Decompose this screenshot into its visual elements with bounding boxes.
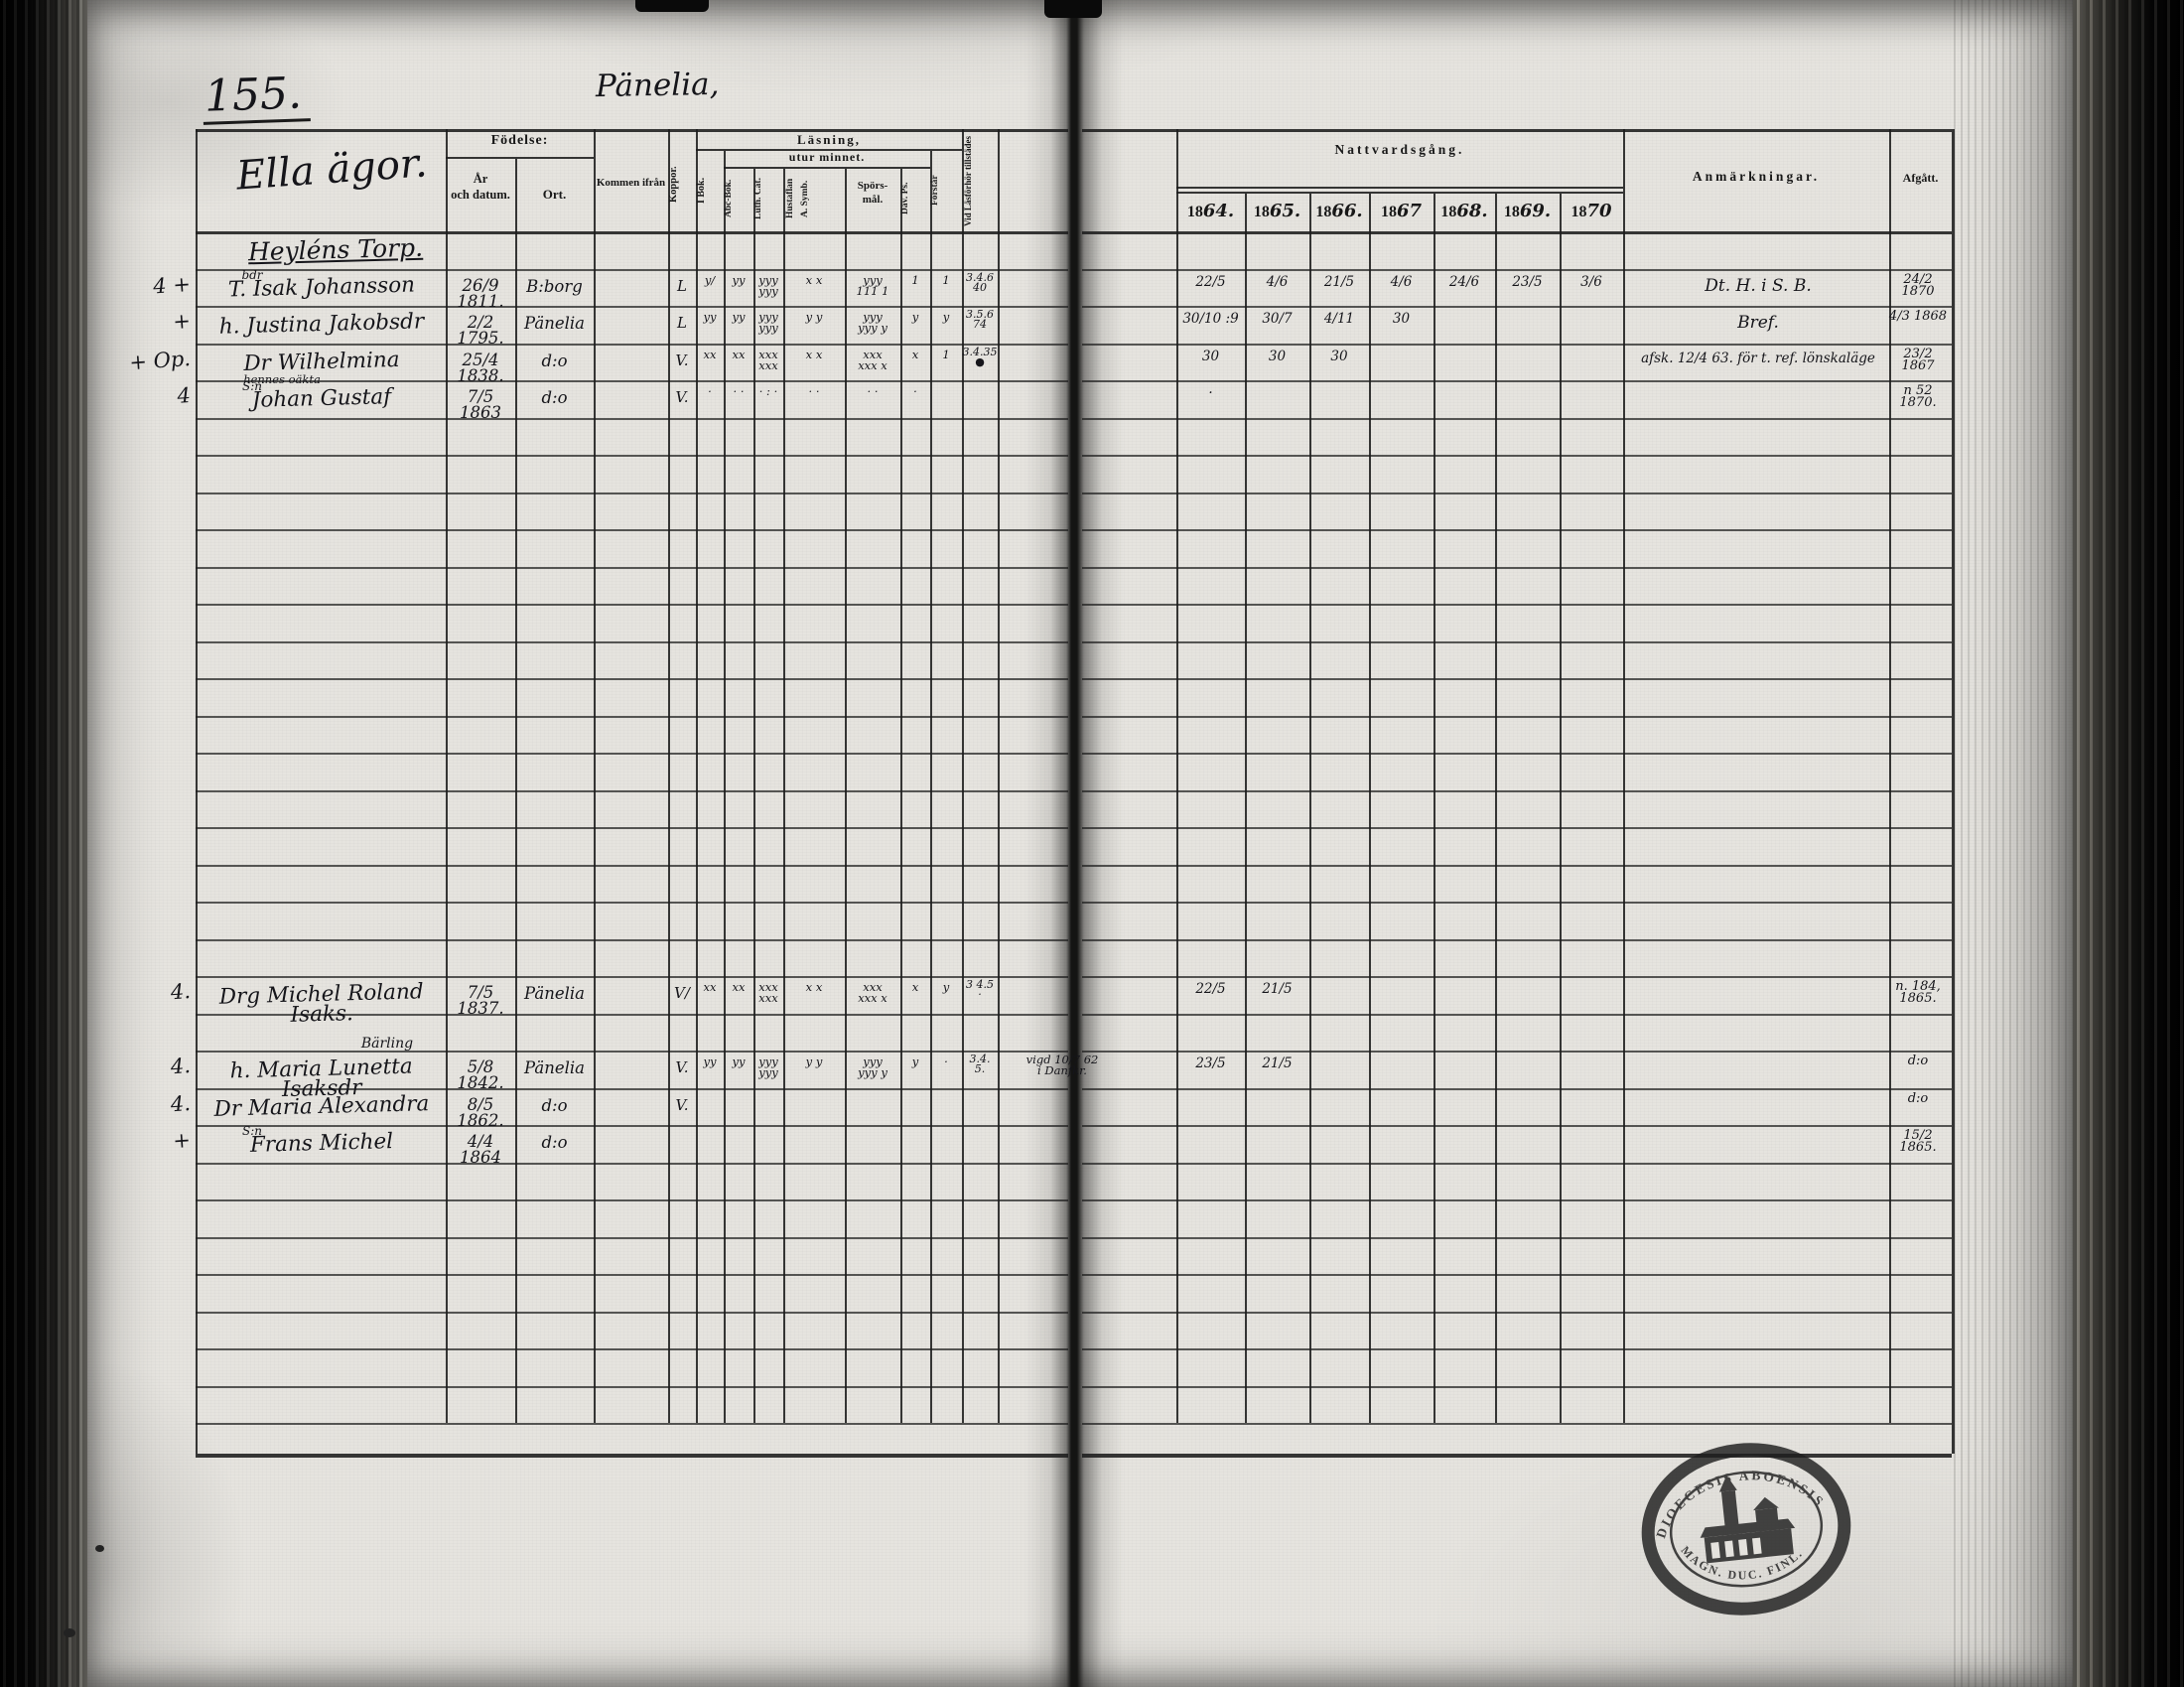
entry-koppor-mark: V. [668, 353, 696, 367]
entry-reading-mark: yyy yyy y [845, 312, 900, 334]
entry-birth-date: 7/5 1863 [446, 389, 515, 420]
header-year-hand-digits: 66. [1331, 201, 1362, 221]
header-year-print-digits: 18 [1254, 204, 1270, 220]
entry-departed-date: 23/2 1867 [1886, 349, 1950, 373]
table-entries: 1864.1865.1866.18671868.1869.1870Heyléns… [0, 0, 2184, 1687]
entry-remark: Bref. [1630, 315, 1886, 331]
entry-reading-mark: yy [696, 312, 724, 323]
header-year-hand-digits: 70 [1586, 201, 1611, 221]
entry-remark: Dt. H. i S. B. [1630, 278, 1886, 294]
header-year-print-digits: 18 [1381, 204, 1397, 220]
entry-reading-mark: x [900, 982, 930, 993]
entry-koppor-mark: L [668, 279, 696, 293]
entry-margin-mark: 4. [102, 1094, 191, 1120]
header-year-1869: 1869. [1495, 201, 1560, 221]
entry-lasforhor-score: 3.4.35 ● [962, 348, 998, 368]
entry-communion-date: 30/10 :9 [1176, 313, 1245, 326]
entry-departed-date: n 52 1870. [1886, 385, 1950, 410]
entry-reading-mark: · · [783, 386, 845, 397]
entry-reading-mark: y/ [696, 275, 724, 286]
entry-birth-place: Pänelia [515, 316, 594, 332]
header-year-hand-digits: 68. [1456, 201, 1487, 221]
entry-side-note: vigd 10/7 62 i Danfkr. [999, 1054, 1126, 1076]
entry-reading-mark: · [900, 386, 930, 397]
entry-communion-date: 22/5 [1176, 983, 1245, 996]
entry-margin-mark: 4 + [102, 275, 191, 301]
entry-reading-mark: yy [724, 312, 753, 323]
entry-name: h. Justina Jakobsdr [201, 312, 443, 339]
entry-reading-mark: yy [724, 1056, 753, 1067]
entry-reading-mark: yyy yyy [753, 275, 783, 297]
entry-communion-date: 3/6 [1560, 276, 1623, 289]
entry-name: T. Isak Johansson [201, 275, 443, 302]
entry-reading-mark: y y [783, 312, 845, 323]
header-year-1864: 1864. [1176, 201, 1245, 221]
entry-departed-date: 15/2 1865. [1886, 1130, 1950, 1155]
entry-remark: afsk. 12/4 63. för t. ref. lönskaläge [1630, 352, 1886, 365]
entry-koppor-mark: V. [668, 1060, 696, 1074]
entry-birth-date: 4/4 1864 [446, 1134, 515, 1165]
entry-reading-mark: y [900, 1056, 930, 1067]
header-year-print-digits: 18 [1440, 204, 1456, 220]
entry-birth-place: d:o [515, 353, 594, 369]
entry-birth-place: d:o [515, 1098, 594, 1114]
header-year-hand-digits: 69. [1520, 201, 1551, 221]
entry-departed-date: d:o [1886, 1093, 1950, 1105]
entry-reading-mark: xxx xxx x [845, 350, 900, 371]
entry-reading-mark: y y [783, 1056, 845, 1067]
header-year-print-digits: 18 [1187, 204, 1203, 220]
entry-name: Dr Maria Alexandra [201, 1094, 443, 1121]
header-year-1867: 1867 [1369, 201, 1433, 221]
header-year-hand-digits: 65. [1270, 201, 1300, 221]
entry-reading-mark: y [900, 312, 930, 323]
entry-birth-date: 2/2 1795. [446, 315, 515, 346]
entry-reading-mark: · · [724, 386, 753, 397]
entry-reading-mark: y [930, 982, 962, 993]
entry-koppor-mark: L [668, 316, 696, 330]
entry-communion-date: 30 [1245, 351, 1309, 363]
archive-stamp: DIOECESIS ABOENSIS MAGN. DUC. FINL. [1631, 1431, 1860, 1626]
entry-reading-mark: xxx xxx [753, 350, 783, 371]
entry-communion-date: 4/11 [1309, 313, 1369, 326]
entry-birth-place: d:o [515, 1135, 594, 1151]
entry-communion-date: 21/5 [1245, 983, 1309, 996]
entry-margin-mark: + Op. [102, 350, 191, 375]
header-year-hand-digits: 64. [1203, 201, 1234, 221]
entry-birth-date: 26/9 1811. [446, 278, 515, 309]
header-year-1866: 1866. [1309, 201, 1369, 221]
entry-reading-mark: 1 [930, 350, 962, 360]
entry-communion-date: 30 [1369, 313, 1433, 326]
entry-communion-date: 23/5 [1176, 1057, 1245, 1070]
entry-birth-date: 5/8 1842. [446, 1059, 515, 1090]
entry-reading-mark: · [930, 1056, 962, 1067]
entry-communion-date: 30/7 [1245, 313, 1309, 326]
entry-reading-mark: x x [783, 982, 845, 993]
entry-communion-date: 30 [1176, 351, 1245, 363]
entry-name: Dr Wilhelmina [201, 350, 443, 376]
entry-communion-date: 21/5 [1309, 276, 1369, 289]
entry-margin-mark: + [102, 312, 191, 338]
entry-reading-mark: x x [783, 350, 845, 360]
entry-reading-mark: yy [696, 1056, 724, 1067]
entry-reading-mark: xxx xxx x [845, 982, 900, 1004]
entry-birth-date: 8/5 1862. [446, 1097, 515, 1128]
entry-reading-mark: x [900, 350, 930, 360]
entry-koppor-mark: V/ [668, 986, 696, 1000]
entry-lasforhor-score: 3.4.6 40 [962, 273, 998, 294]
entry-communion-date: · [1176, 387, 1245, 400]
entry-reading-mark: yyy yyy [753, 312, 783, 334]
entry-reading-mark: xx [696, 350, 724, 360]
entry-above-note: Bärling [328, 1038, 447, 1051]
entry-departed-date: d:o [1886, 1055, 1950, 1067]
entry-margin-mark: 4 [102, 386, 191, 412]
entry-koppor-mark: V. [668, 1098, 696, 1112]
entry-lasforhor-score: 3.4. 5. [962, 1054, 998, 1075]
entry-group-heading: Heyléns Torp. [214, 235, 458, 265]
entry-departed-date: n. 184, 1865. [1886, 981, 1950, 1006]
entry-departed-date: 24/2 1870 [1886, 274, 1950, 299]
entry-communion-date: 22/5 [1176, 276, 1245, 289]
entry-margin-mark: 4. [102, 982, 191, 1008]
entry-reading-mark: 1 [930, 275, 962, 286]
entry-reading-mark: · [696, 386, 724, 397]
entry-reading-mark: yy [724, 275, 753, 286]
header-year-1868: 1868. [1433, 201, 1495, 221]
entry-birth-place: Pänelia [515, 1060, 594, 1076]
entry-communion-date: 23/5 [1495, 276, 1560, 289]
entry-reading-mark: xx [696, 982, 724, 993]
entry-reading-mark: xxx xxx [753, 982, 783, 1004]
entry-communion-date: 24/6 [1433, 276, 1495, 289]
header-year-hand-digits: 67 [1397, 201, 1422, 221]
entry-reading-mark: x x [783, 275, 845, 286]
entry-lasforhor-score: 3.5.6 74 [962, 310, 998, 331]
entry-reading-mark: y [930, 312, 962, 323]
entry-reading-mark: yyy yyy [753, 1056, 783, 1078]
entry-reading-mark: xx [724, 982, 753, 993]
entry-departed-date: 4/3 1868 [1886, 311, 1950, 323]
entry-communion-date: 30 [1309, 351, 1369, 363]
entry-reading-mark: · · [845, 386, 900, 397]
header-year-print-digits: 18 [1315, 204, 1331, 220]
entry-margin-mark: + [102, 1131, 191, 1157]
header-year-1865: 1865. [1245, 201, 1309, 221]
entry-birth-place: Pänelia [515, 986, 594, 1002]
entry-birth-date: 7/5 1837. [446, 985, 515, 1016]
entry-margin-mark: 4. [102, 1056, 191, 1082]
entry-birth-place: d:o [515, 390, 594, 406]
entry-reading-mark: xx [724, 350, 753, 360]
header-year-print-digits: 18 [1504, 204, 1520, 220]
entry-communion-date: 4/6 [1245, 276, 1309, 289]
entry-communion-date: 21/5 [1245, 1057, 1309, 1070]
entry-name: Drg Michel Roland Isaks. [201, 982, 444, 1029]
entry-reading-mark: 1 [900, 275, 930, 286]
stamp-seal: DIOECESIS ABOENSIS MAGN. DUC. FINL. [1631, 1431, 1860, 1626]
entry-birth-date: 25/4 1838. [446, 352, 515, 383]
header-year-1870: 1870 [1560, 201, 1623, 221]
entry-lasforhor-score: 3 4.5 · [962, 980, 998, 1001]
entry-reading-mark: · : · [753, 386, 783, 397]
entry-birth-place: B:borg [515, 279, 594, 295]
entry-koppor-mark: V. [668, 390, 696, 404]
entry-communion-date: 4/6 [1369, 276, 1433, 289]
header-year-print-digits: 18 [1570, 204, 1586, 220]
book-scan: 155. Pänelia, Ella ägor. Födelse: År och… [0, 0, 2184, 1687]
entry-reading-mark: yyy 111 1 [845, 275, 900, 297]
entry-reading-mark: yyy yyy y [845, 1056, 900, 1078]
